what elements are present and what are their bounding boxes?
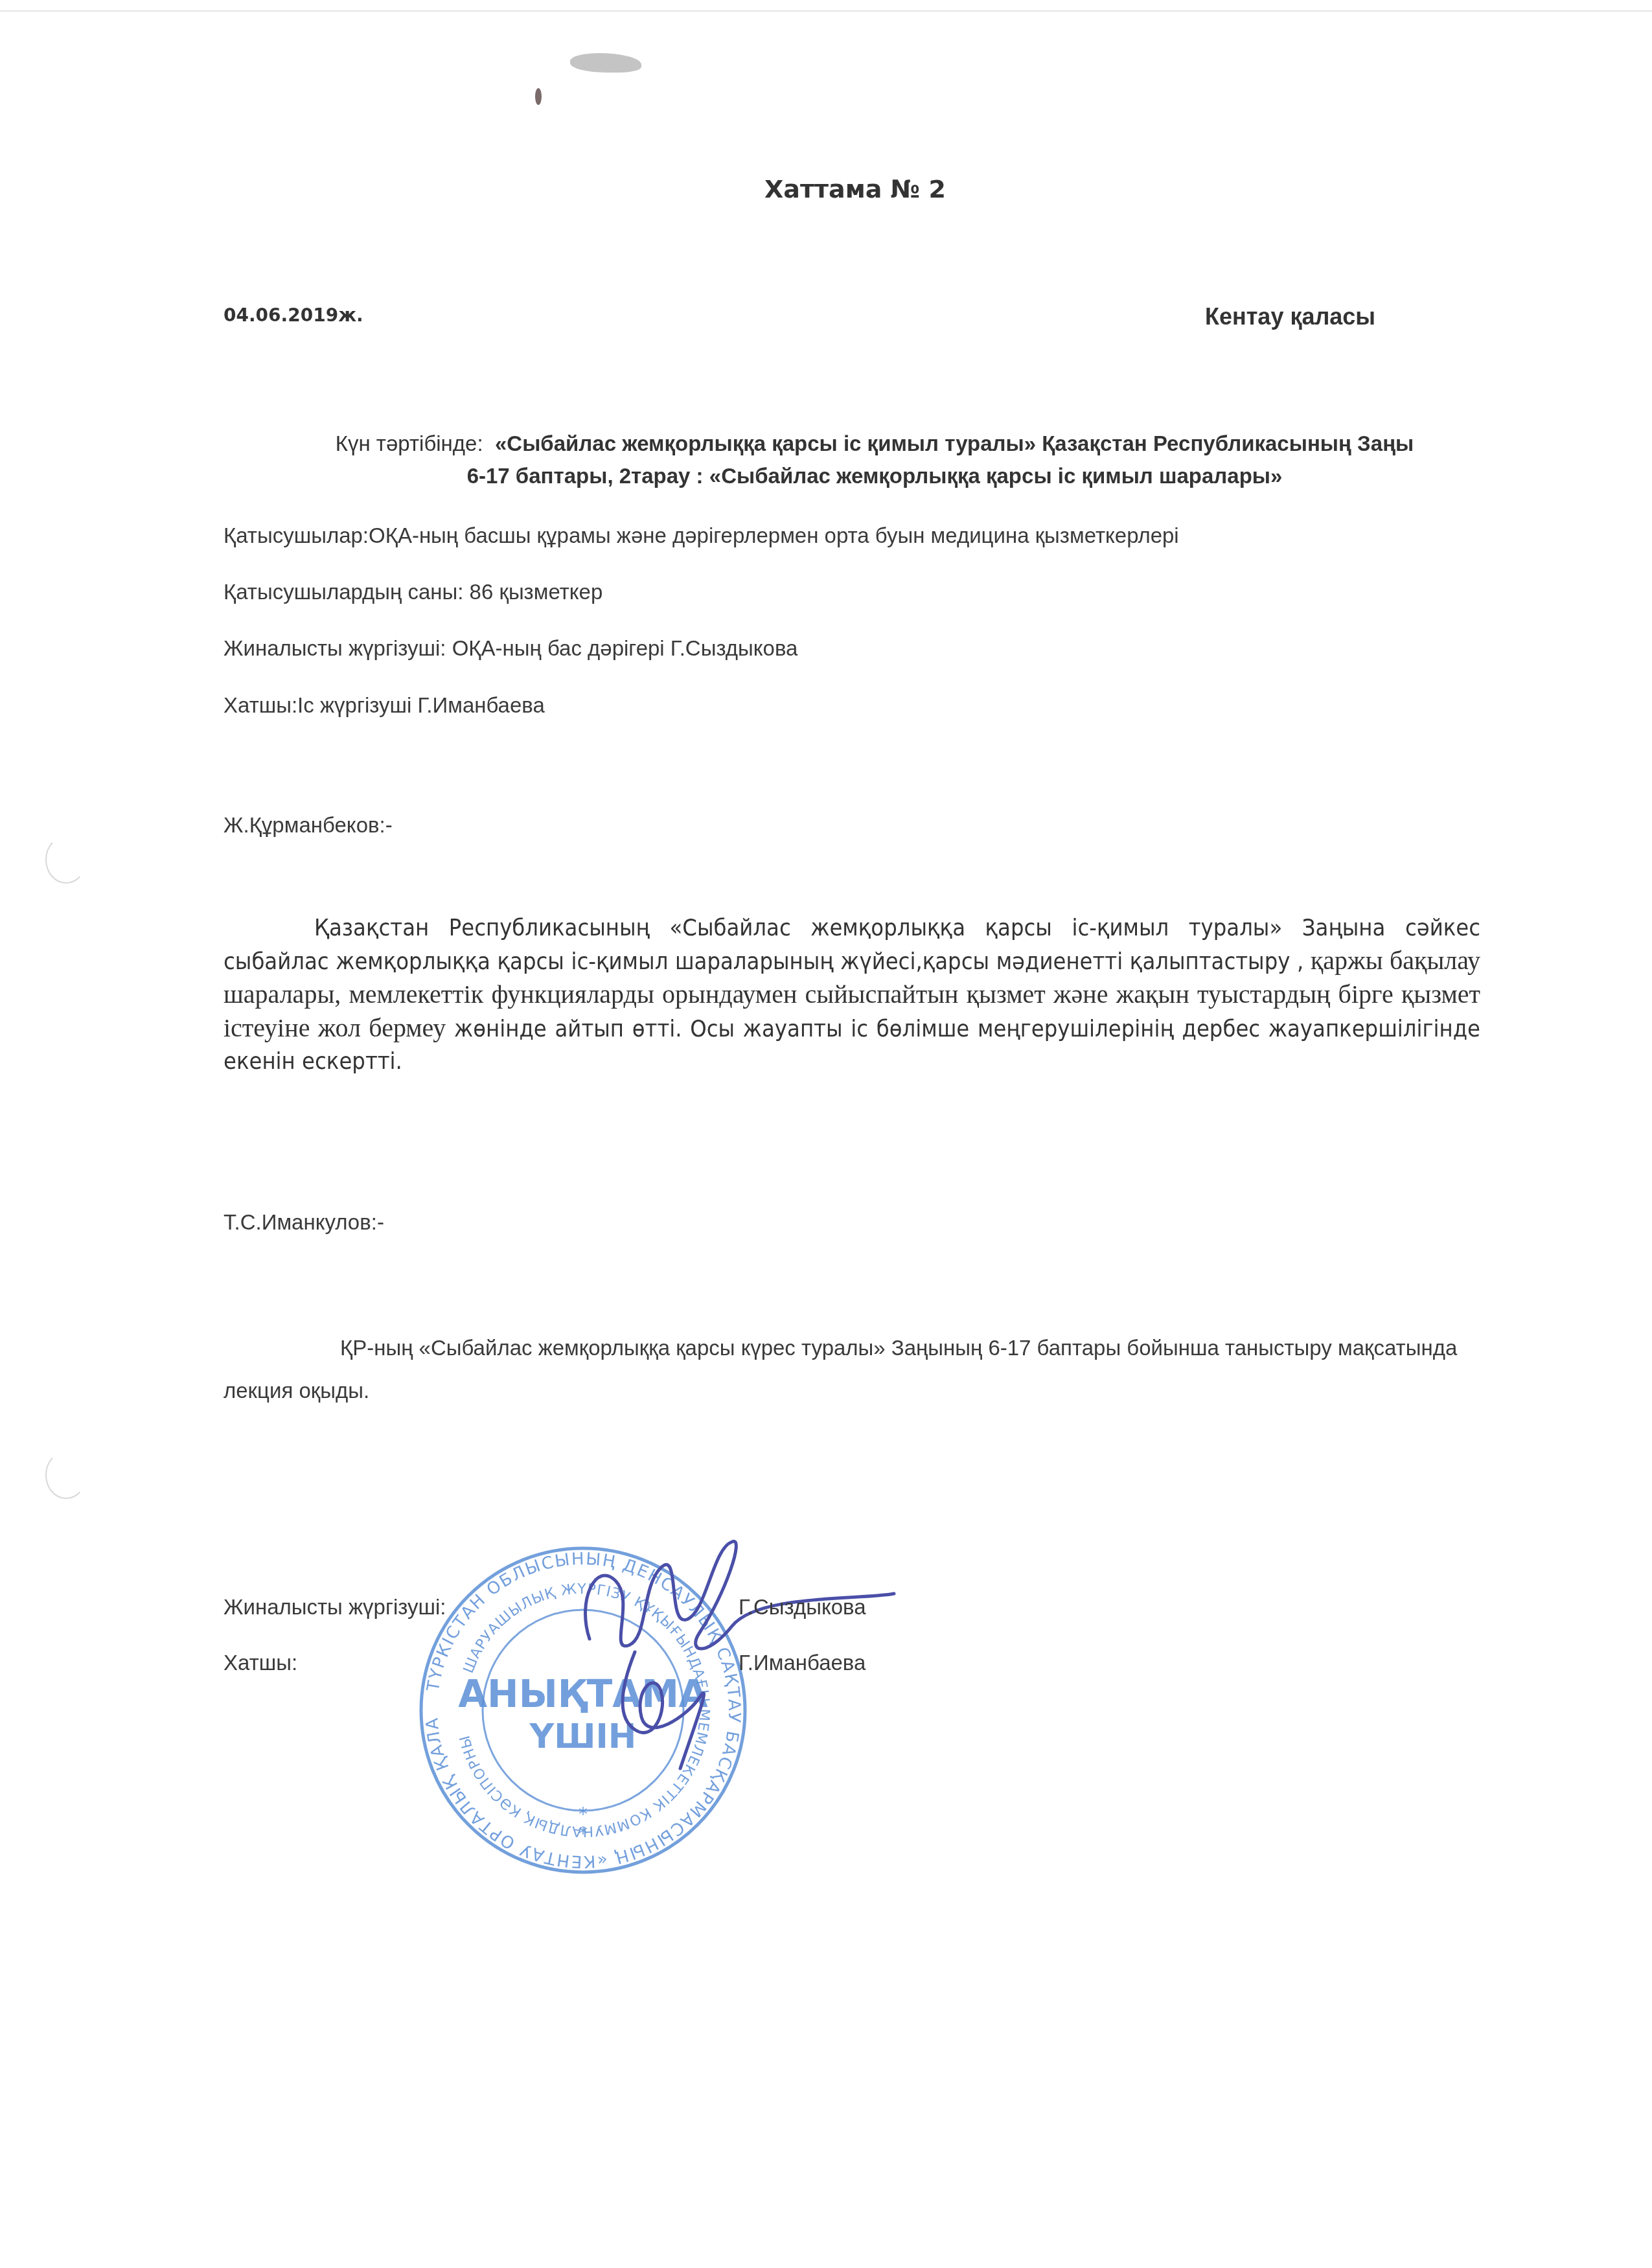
signature-chair-name: Г.Сыздыкова <box>739 1595 866 1620</box>
scan-speck <box>535 88 542 105</box>
secretary-field: Хатшы:Іс жүргізуші Г.Иманбаева <box>224 693 545 718</box>
signature-secretary-label: Хатшы: <box>224 1651 297 1675</box>
speaker-1-text: Қазақстан Республикасының «Сыбайлас жемқ… <box>224 912 1480 1078</box>
page-edge <box>0 0 1652 12</box>
svg-text:*: * <box>579 1823 588 1844</box>
document-title: Хаттама № 2 <box>764 175 946 203</box>
agenda: Күн тәртібінде: «Сыбайлас жемқорлыққа қа… <box>233 428 1516 492</box>
signature-secretary-name: Г.Иманбаева <box>739 1651 866 1675</box>
participants-count-field: Қатысушылардың саны: 86 қызметкер <box>224 580 602 604</box>
chair-field: Жиналысты жүргізуші: ОҚА-ның бас дәрігер… <box>224 636 797 661</box>
agenda-line2: 6-17 баптары, 2тарау : «Сыбайлас жемқорл… <box>467 464 1283 488</box>
scan-smudge <box>570 53 641 73</box>
agenda-prefix: Күн тәртібінде: <box>336 431 483 455</box>
document-date: 04.06.2019ж. <box>224 304 363 326</box>
punch-hole-mark <box>45 1451 87 1499</box>
speaker-1-text-part1: Қазақстан Республикасының «Сыбайлас жемқ… <box>224 915 1480 975</box>
speaker-1-name: Ж.Құрманбеков:- <box>224 813 393 838</box>
agenda-line1: «Сыбайлас жемқорлыққа қарсы іс қимыл тур… <box>495 431 1414 455</box>
document-city: Кентау қаласы <box>1205 303 1375 330</box>
participants-field: Қатысушылар:ОҚА-ның басшы құрамы және дә… <box>224 523 1179 548</box>
speaker-2-text: ҚР-ның «Сыбайлас жемқорлыққа қарсы күрес… <box>224 1327 1493 1412</box>
speaker-2-name: Т.С.Иманкулов:- <box>224 1210 384 1235</box>
punch-hole-mark <box>45 836 87 884</box>
svg-text:*: * <box>579 1804 588 1825</box>
signature-chair-label: Жиналысты жүргізуші: <box>224 1595 446 1620</box>
